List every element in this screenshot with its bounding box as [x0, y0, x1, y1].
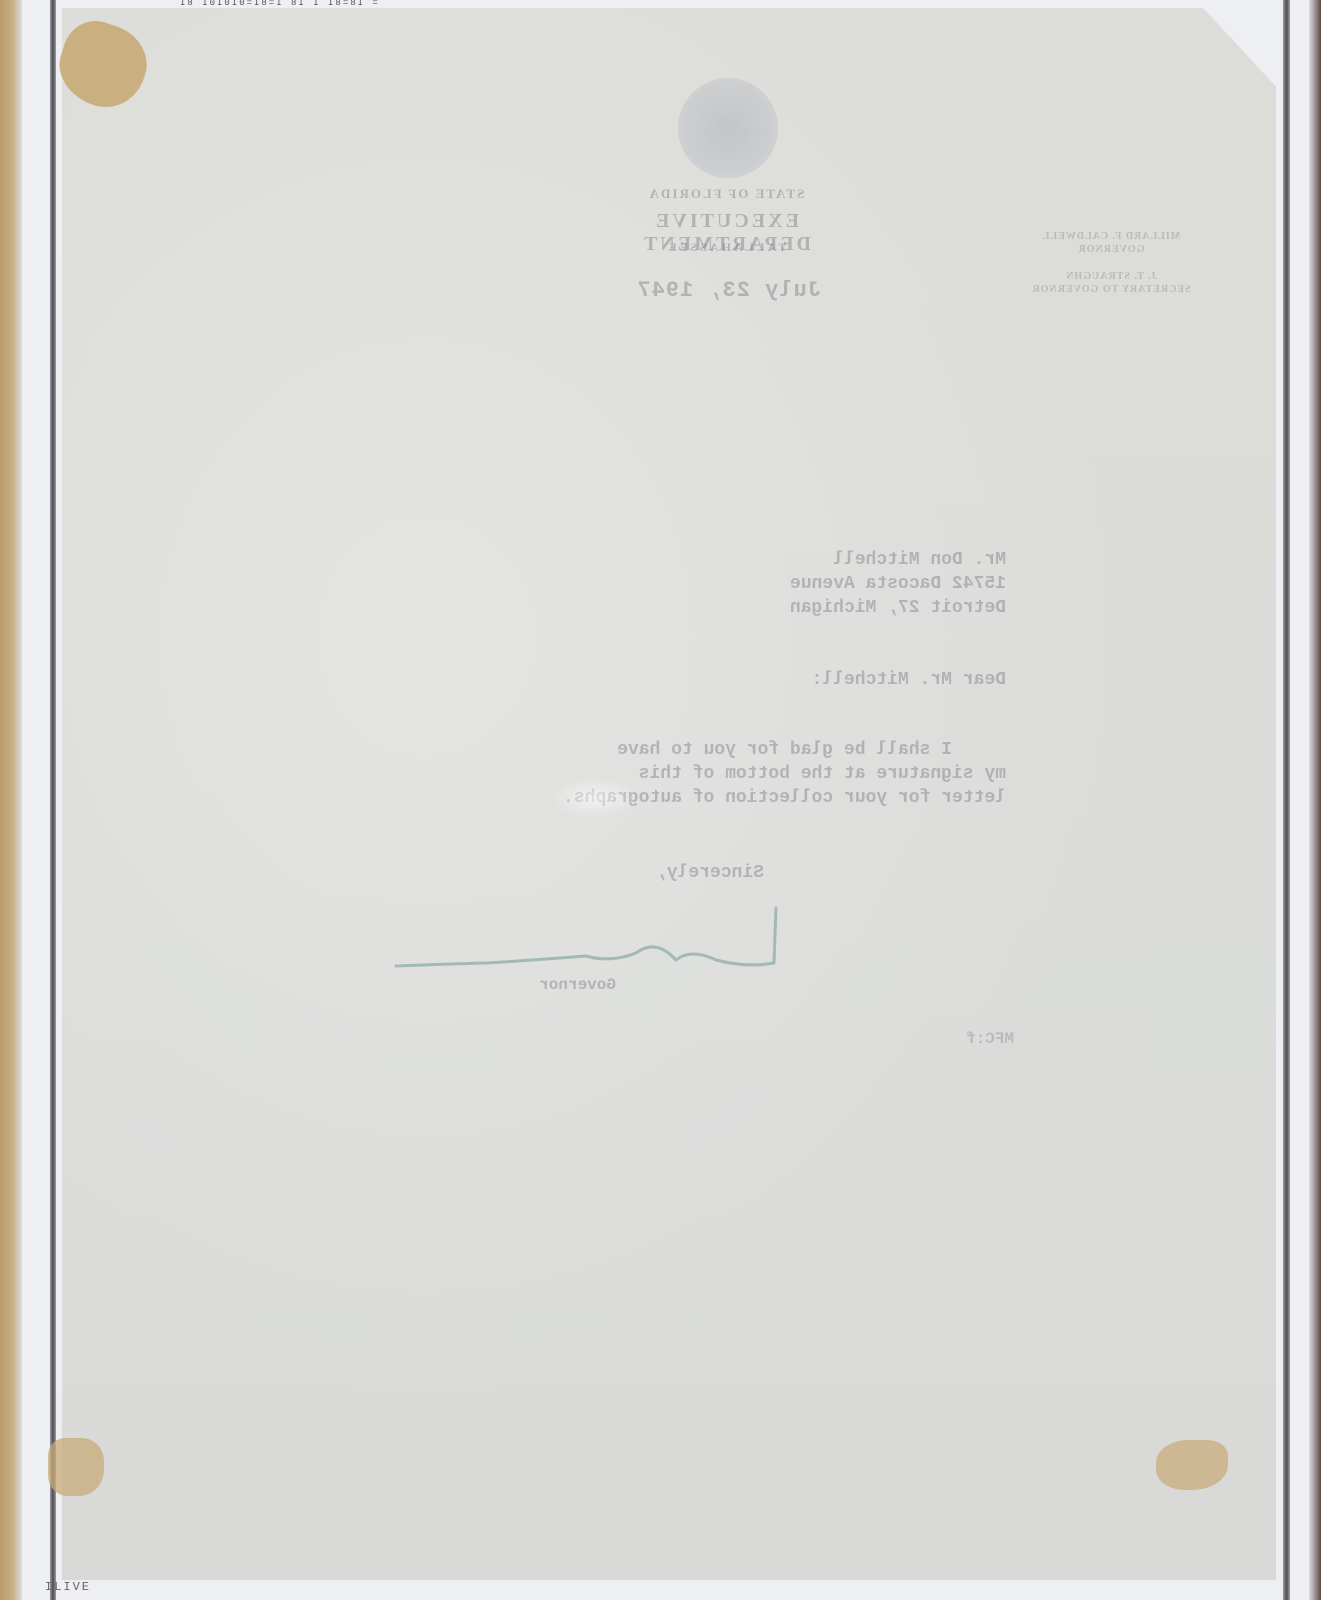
recipient-line-3: Detroit 27, Michigan	[790, 596, 1006, 620]
frame-edge-left	[50, 0, 56, 1600]
state-seal-icon	[678, 78, 778, 178]
recipient-address: Mr. Don Mitchell15742 Dacosta AvenueDetr…	[790, 548, 1006, 620]
recipient-line-1: Mr. Don Mitchell	[790, 548, 1006, 572]
letter-sheet: STATE OF FLORIDA EXECUTIVE DEPARTMENT TA…	[62, 8, 1276, 1580]
letter-date: July 23, 1947	[636, 278, 821, 303]
frame-edge-right	[1283, 0, 1290, 1600]
secretary-title: SECRETARY TO GOVERNOR	[1001, 283, 1221, 296]
mirrored-letter-content: STATE OF FLORIDA EXECUTIVE DEPARTMENT TA…	[62, 8, 1276, 1580]
tape-stain-bottom-left	[48, 1438, 104, 1496]
signer-title: Governor	[539, 976, 616, 994]
governor-name: MILLARD F. CALDWELL	[1001, 230, 1221, 243]
top-edge-text: I8 I0I0I0=I8=I 8I I I8=8I =	[180, 0, 520, 7]
light-glare	[550, 778, 640, 818]
letterhead-city: TALLAHASSEE	[616, 240, 836, 255]
letterhead-state: STATE OF FLORIDA	[616, 186, 836, 202]
signature-icon	[386, 868, 786, 978]
recipient-line-2: 15742 Dacosta Avenue	[790, 572, 1006, 596]
secretary-name: J. T. STRAUGHN	[1001, 270, 1221, 283]
photo-background-left	[0, 0, 22, 1600]
reference-initials: MFC:f	[966, 1030, 1014, 1048]
tape-stain-bottom-right	[1156, 1440, 1228, 1490]
governor-title: GOVERNOR	[1001, 243, 1221, 256]
bottom-edge-text: ILIVE	[45, 1580, 91, 1594]
salutation: Dear Mr. Mitchell:	[812, 670, 1006, 690]
letterhead-officials: MILLARD F. CALDWELL GOVERNOR J. T. STRAU…	[1001, 230, 1221, 296]
letter-body: I shall be glad for you to have my signa…	[406, 738, 1006, 810]
photo-background-right	[1309, 0, 1321, 1600]
